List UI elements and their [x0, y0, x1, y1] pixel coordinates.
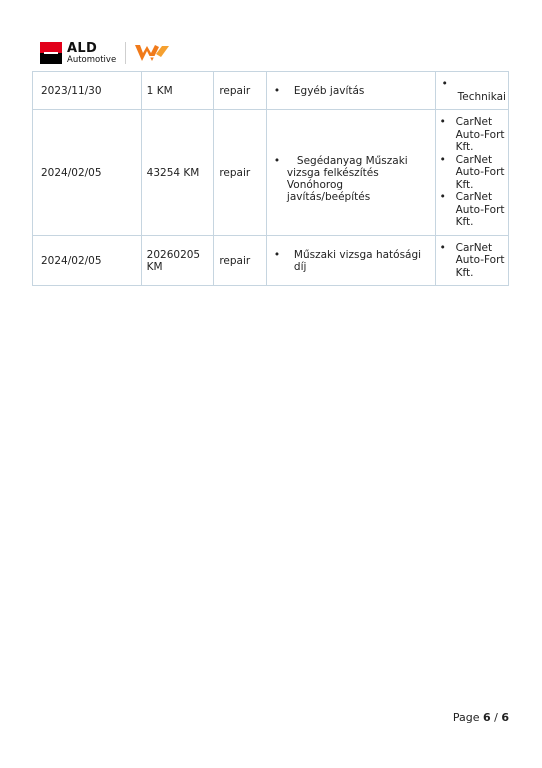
type-cell: repair — [214, 110, 267, 236]
logo-divider — [125, 42, 126, 64]
page-header: ALD Automotive — [40, 40, 170, 66]
partner-w-logo-icon — [134, 42, 170, 64]
description-text: Egyéb javítás — [294, 85, 364, 97]
current-page: 6 — [483, 711, 491, 724]
vendor-item: CarNet Auto-Fort Kft. — [438, 154, 506, 192]
ald-logo-text: ALD Automotive — [67, 42, 116, 65]
vendor-item: CarNet Auto-Fort Kft. — [438, 242, 506, 280]
description-line: vizsga felkészítés — [287, 167, 430, 179]
description-line: Vonóhorog javítás/beépítés — [287, 179, 430, 203]
page-separator: / — [494, 711, 498, 724]
logo-secondary: Automotive — [67, 56, 116, 65]
table-row: 2024/02/05 20260205 KM repair •Műszaki v… — [33, 236, 509, 286]
description-cell: • Segédanyag Műszaki vizsga felkészítés … — [266, 110, 435, 236]
service-history-table: 2023/11/30 1 KM repair •Egyéb javítás • … — [32, 71, 509, 286]
date-cell: 2024/02/05 — [33, 236, 142, 286]
mileage-cell: 43254 KM — [141, 110, 214, 236]
description-cell: •Műszaki vizsga hatósági díj — [266, 236, 435, 286]
vendor-item: Technikai — [438, 91, 506, 103]
total-pages: 6 — [501, 711, 509, 724]
type-cell: repair — [214, 236, 267, 286]
date-cell: 2023/11/30 — [33, 72, 142, 110]
type-cell: repair — [214, 72, 267, 110]
vendor-cell: CarNet Auto-Fort Kft. — [435, 236, 508, 286]
mileage-cell: 1 KM — [141, 72, 214, 110]
date-cell: 2024/02/05 — [33, 110, 142, 236]
description-cell: •Egyéb javítás — [266, 72, 435, 110]
vendor-list: CarNet Auto-Fort Kft. — [438, 242, 506, 280]
description-line: Segédanyag Műszaki — [294, 155, 430, 167]
table-row: 2024/02/05 43254 KM repair • Segédanyag … — [33, 110, 509, 236]
vendor-list: CarNet Auto-Fort Kft. CarNet Auto-Fort K… — [438, 116, 506, 229]
vendor-item: CarNet Auto-Fort Kft. — [438, 191, 506, 229]
table-row: 2023/11/30 1 KM repair •Egyéb javítás • … — [33, 72, 509, 110]
page-label: Page — [453, 711, 480, 724]
vendor-cell: • Technikai — [435, 72, 508, 110]
vendor-cell: CarNet Auto-Fort Kft. CarNet Auto-Fort K… — [435, 110, 508, 236]
page-number: Page 6 / 6 — [453, 711, 509, 724]
ald-logo-icon — [40, 42, 62, 64]
description-text: Műszaki vizsga hatósági díj — [294, 249, 430, 273]
logo-primary: ALD — [67, 42, 116, 55]
mileage-cell: 20260205 KM — [141, 236, 214, 286]
vendor-item: CarNet Auto-Fort Kft. — [438, 116, 506, 154]
